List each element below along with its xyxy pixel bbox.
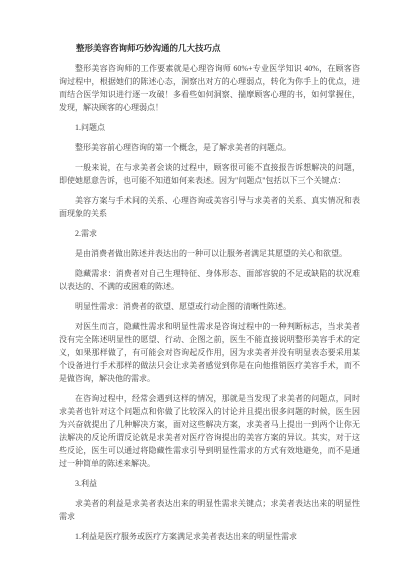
doc-title: 整形美容咨询师巧妙沟通的几大技巧点 bbox=[59, 42, 360, 55]
section-2-paragraph: 在咨询过程中，经常会遇到这样的情况，那就是当发现了求美者的问题点，同时求美者也针… bbox=[59, 392, 360, 470]
document-page: 整形美容咨询师巧妙沟通的几大技巧点 整形美容咨询师的工作要素就是心理咨询师 60… bbox=[0, 0, 410, 580]
section-2-paragraph: 隐藏需求：消费者对自己生理特征、身体形态、面部容貌的不足或缺陷的状况难以表达的、… bbox=[59, 267, 360, 293]
section-1-heading: 1.问题点 bbox=[59, 121, 360, 134]
section-1-paragraph: 一般来说，在与求美者会谈的过程中，顾客很可能不直接报告诉想解决的问题，即使她愿意… bbox=[59, 161, 360, 187]
intro-paragraph: 整形美容咨询师的工作要素就是心理咨询师 60%+专业医学知识 40%，在顾客咨询… bbox=[59, 62, 360, 114]
section-2-paragraph: 明显性需求：消费者的欲望、愿望或行动企图的清晰性陈述。 bbox=[59, 300, 360, 313]
section-2-paragraph: 对医生而言，隐藏性需求和明显性需求是咨询过程中的一种判断标志，当求美者没有完全陈… bbox=[59, 320, 360, 385]
section-2-heading: 2.需求 bbox=[59, 227, 360, 240]
section-2-paragraph: 是由消费者做出陈述并表达出的一种可以让服务者满足其愿望的关心和欲望。 bbox=[59, 247, 360, 260]
document-body: 整形美容咨询师巧妙沟通的几大技巧点 整形美容咨询师的工作要素就是心理咨询师 60… bbox=[59, 42, 360, 543]
section-1-paragraph: 整形美容前心理咨询的第一个概念，是了解求美者的问题点。 bbox=[59, 141, 360, 154]
section-3-paragraph: 求美者的利益是求美者表达出来的明显性需求关键点；求美者表达出来的明显性需求 bbox=[59, 497, 360, 523]
section-3-heading: 3.利益 bbox=[59, 477, 360, 490]
section-1-paragraph: 美容方案与手术间的关系、心理咨询或美容引导与求美者的关系、真实情况和表面现象的关… bbox=[59, 194, 360, 220]
section-3-paragraph: 1.利益是医疗服务或医疗方案满足求美者表达出来的明显性需求 bbox=[59, 530, 360, 543]
